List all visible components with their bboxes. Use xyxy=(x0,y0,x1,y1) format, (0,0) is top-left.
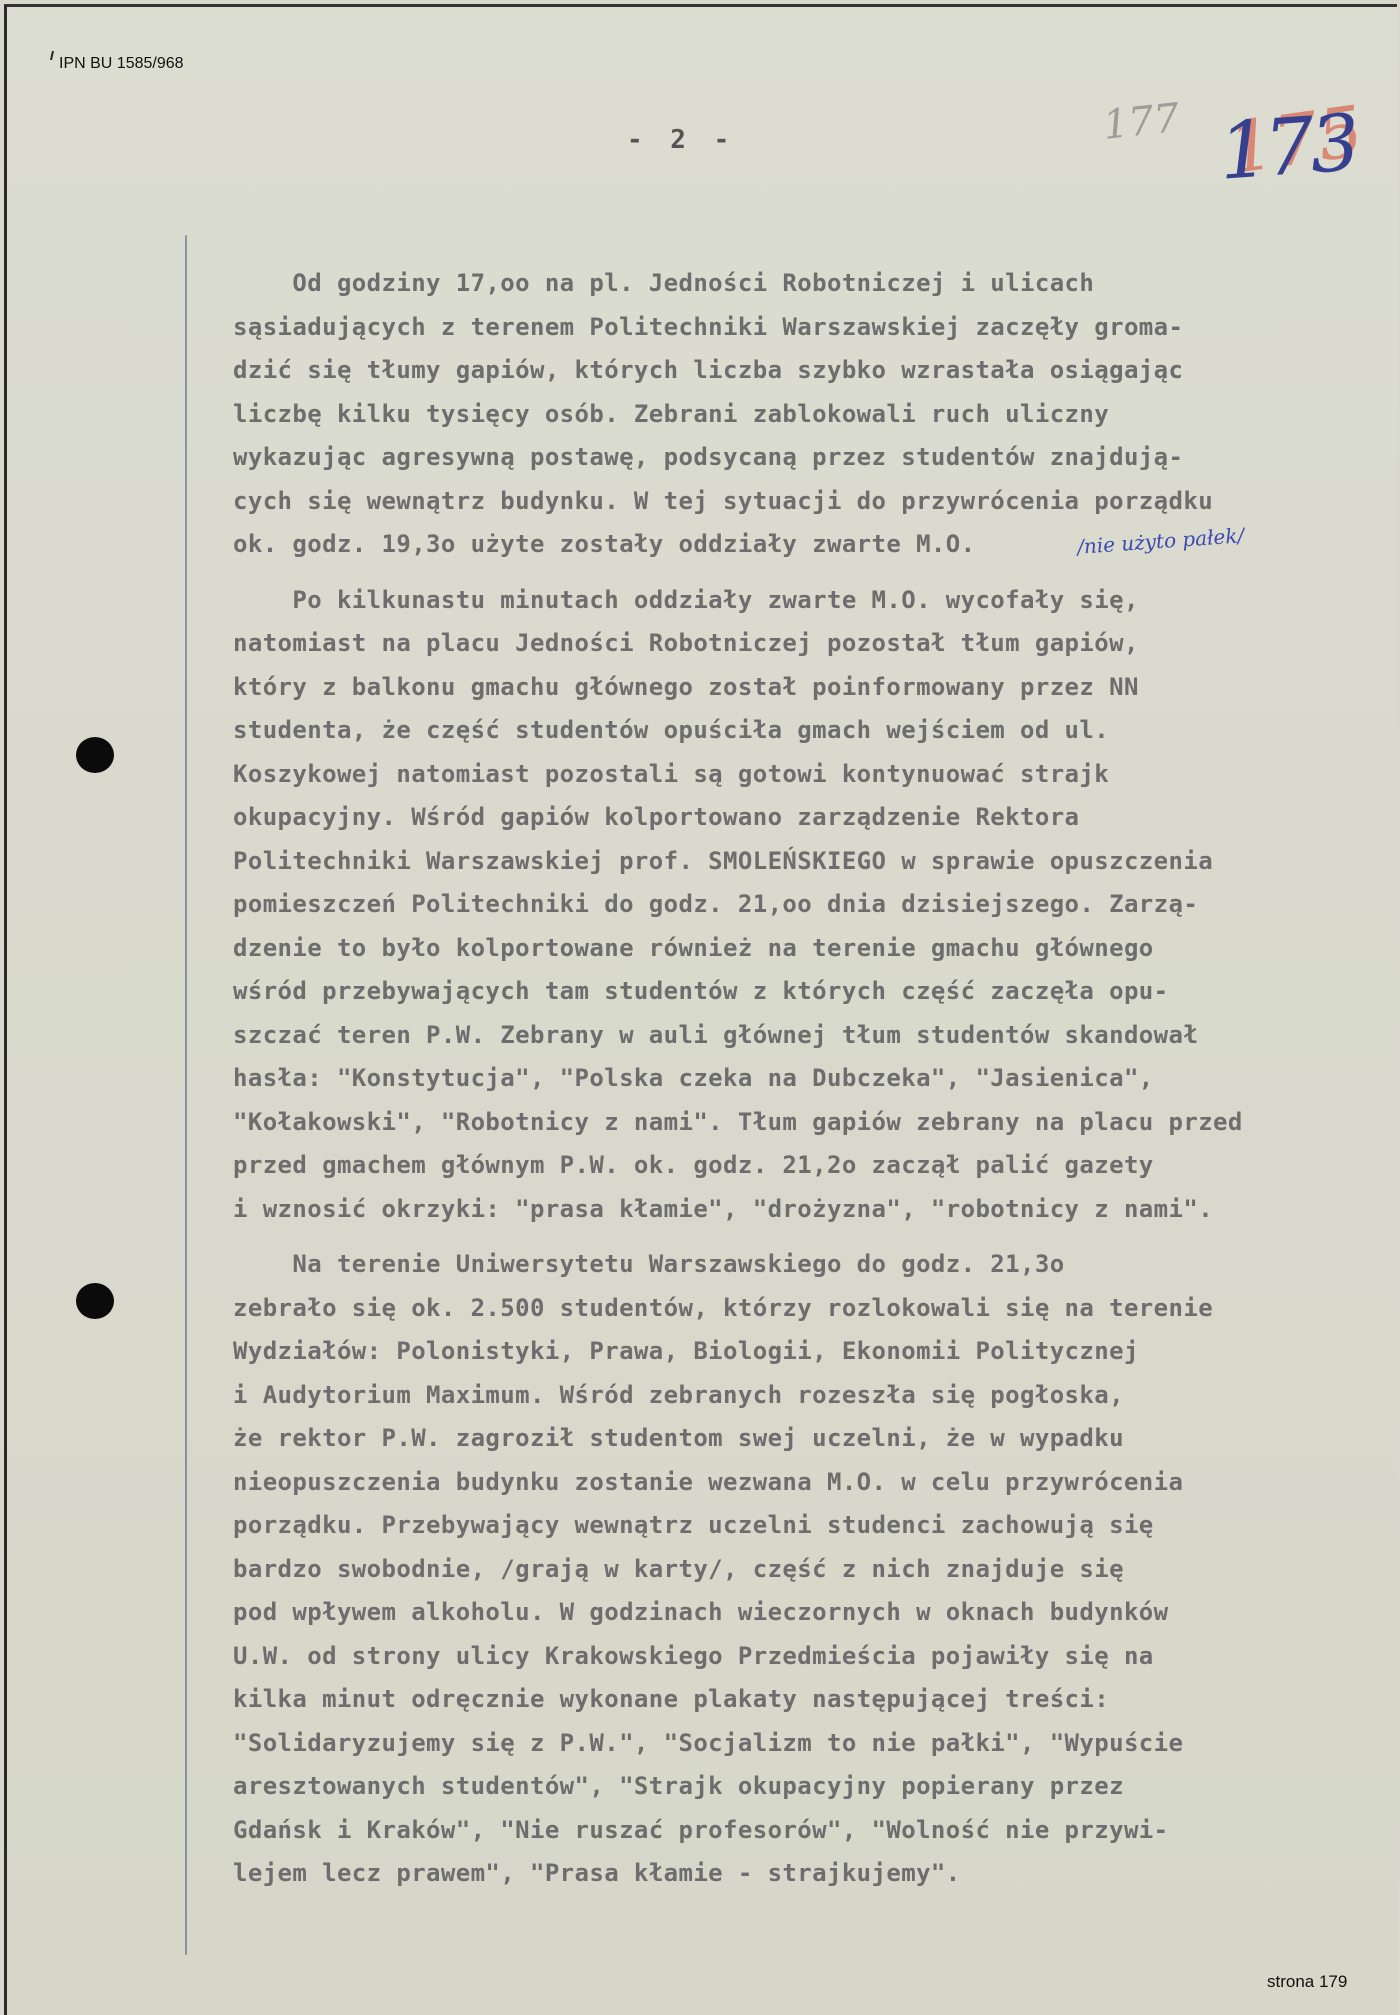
archive-id: IPN BU 1585/968 xyxy=(59,55,184,73)
text-line: wśród przebywających tam studentów z któ… xyxy=(233,970,1393,1014)
text-line: Wydziałów: Polonistyki, Prawa, Biologii,… xyxy=(233,1330,1393,1374)
text-line: Koszykowej natomiast pozostali są gotowi… xyxy=(233,753,1393,797)
text-line: pod wpływem alkoholu. W godzinach wieczo… xyxy=(233,1591,1393,1635)
text-line: i Audytorium Maximum. Wśród zebranych ro… xyxy=(233,1374,1393,1418)
text-line: dzenie to było kolportowane również na t… xyxy=(233,927,1393,971)
pencil-folio-number: 177 xyxy=(1101,95,1182,149)
page-marker: - 2 - xyxy=(627,125,735,155)
text-line: studenta, że część studentów opuściła gm… xyxy=(233,709,1393,753)
text-line: kilka minut odręcznie wykonane plakaty n… xyxy=(233,1678,1393,1722)
paragraph: Po kilkunastu minutach oddziały zwarte M… xyxy=(233,579,1393,1232)
text-line: dzić się tłumy gapiów, których liczba sz… xyxy=(233,349,1393,393)
text-line: że rektor P.W. zagroził studentom swej u… xyxy=(233,1417,1393,1461)
text-line: liczbę kilku tysięcy osób. Zebrani zablo… xyxy=(233,393,1393,437)
text-line: szczać teren P.W. Zebrany w auli głównej… xyxy=(233,1014,1393,1058)
blue-folio-number: 173 xyxy=(1216,98,1359,197)
text-line: który z balkonu gmachu głównego został p… xyxy=(233,666,1393,710)
typewritten-body: Od godziny 17,oo na pl. Jedności Robotni… xyxy=(233,262,1393,1908)
paragraph: Od godziny 17,oo na pl. Jedności Robotni… xyxy=(233,262,1393,567)
text-line: bardzo swobodnie, /grają w karty/, część… xyxy=(233,1548,1393,1592)
punch-hole-icon xyxy=(76,1283,114,1319)
text-line: aresztowanych studentów", "Strajk okupac… xyxy=(233,1765,1393,1809)
text-line: Gdańsk i Kraków", "Nie ruszać profesorów… xyxy=(233,1809,1393,1853)
text-line: Po kilkunastu minutach oddziały zwarte M… xyxy=(233,579,1393,623)
text-line: Politechniki Warszawskiej prof. SMOLEŃSK… xyxy=(233,840,1393,884)
text-line: wykazując agresywną postawę, podsycaną p… xyxy=(233,436,1393,480)
text-line: "Kołakowski", "Robotnicy z nami". Tłum g… xyxy=(233,1101,1393,1145)
page-footer: strona 179 xyxy=(1267,1972,1347,1992)
text-line: hasła: "Konstytucja", "Polska czeka na D… xyxy=(233,1057,1393,1101)
text-line: porządku. Przebywający wewnątrz uczelni … xyxy=(233,1504,1393,1548)
margin-line xyxy=(185,235,187,1955)
text-line: i wznosić okrzyki: "prasa kłamie", "droż… xyxy=(233,1188,1393,1232)
text-line: "Solidaryzujemy się z P.W.", "Socjalizm … xyxy=(233,1722,1393,1766)
corner-mark xyxy=(50,51,54,60)
punch-hole-icon xyxy=(76,737,114,773)
text-line: natomiast na placu Jedności Robotniczej … xyxy=(233,622,1393,666)
text-line: pomieszczeń Politechniki do godz. 21,oo … xyxy=(233,883,1393,927)
text-line: Na terenie Uniwersytetu Warszawskiego do… xyxy=(233,1243,1393,1287)
text-line: Od godziny 17,oo na pl. Jedności Robotni… xyxy=(233,262,1393,306)
text-line: lejem lecz prawem", "Prasa kłamie - stra… xyxy=(233,1852,1393,1896)
text-line: nieopuszczenia budynku zostanie wezwana … xyxy=(233,1461,1393,1505)
text-line: U.W. od strony ulicy Krakowskiego Przedm… xyxy=(233,1635,1393,1679)
text-line: przed gmachem głównym P.W. ok. godz. 21,… xyxy=(233,1144,1393,1188)
text-line: sąsiadujących z terenem Politechniki War… xyxy=(233,306,1393,350)
document-page: IPN BU 1585/968 - 2 - 177 175 173 Od god… xyxy=(4,4,1397,2015)
text-line: cych się wewnątrz budynku. W tej sytuacj… xyxy=(233,480,1393,524)
text-line: zebrało się ok. 2.500 studentów, którzy … xyxy=(233,1287,1393,1331)
paragraph: Na terenie Uniwersytetu Warszawskiego do… xyxy=(233,1243,1393,1896)
text-line: okupacyjny. Wśród gapiów kolportowano za… xyxy=(233,796,1393,840)
